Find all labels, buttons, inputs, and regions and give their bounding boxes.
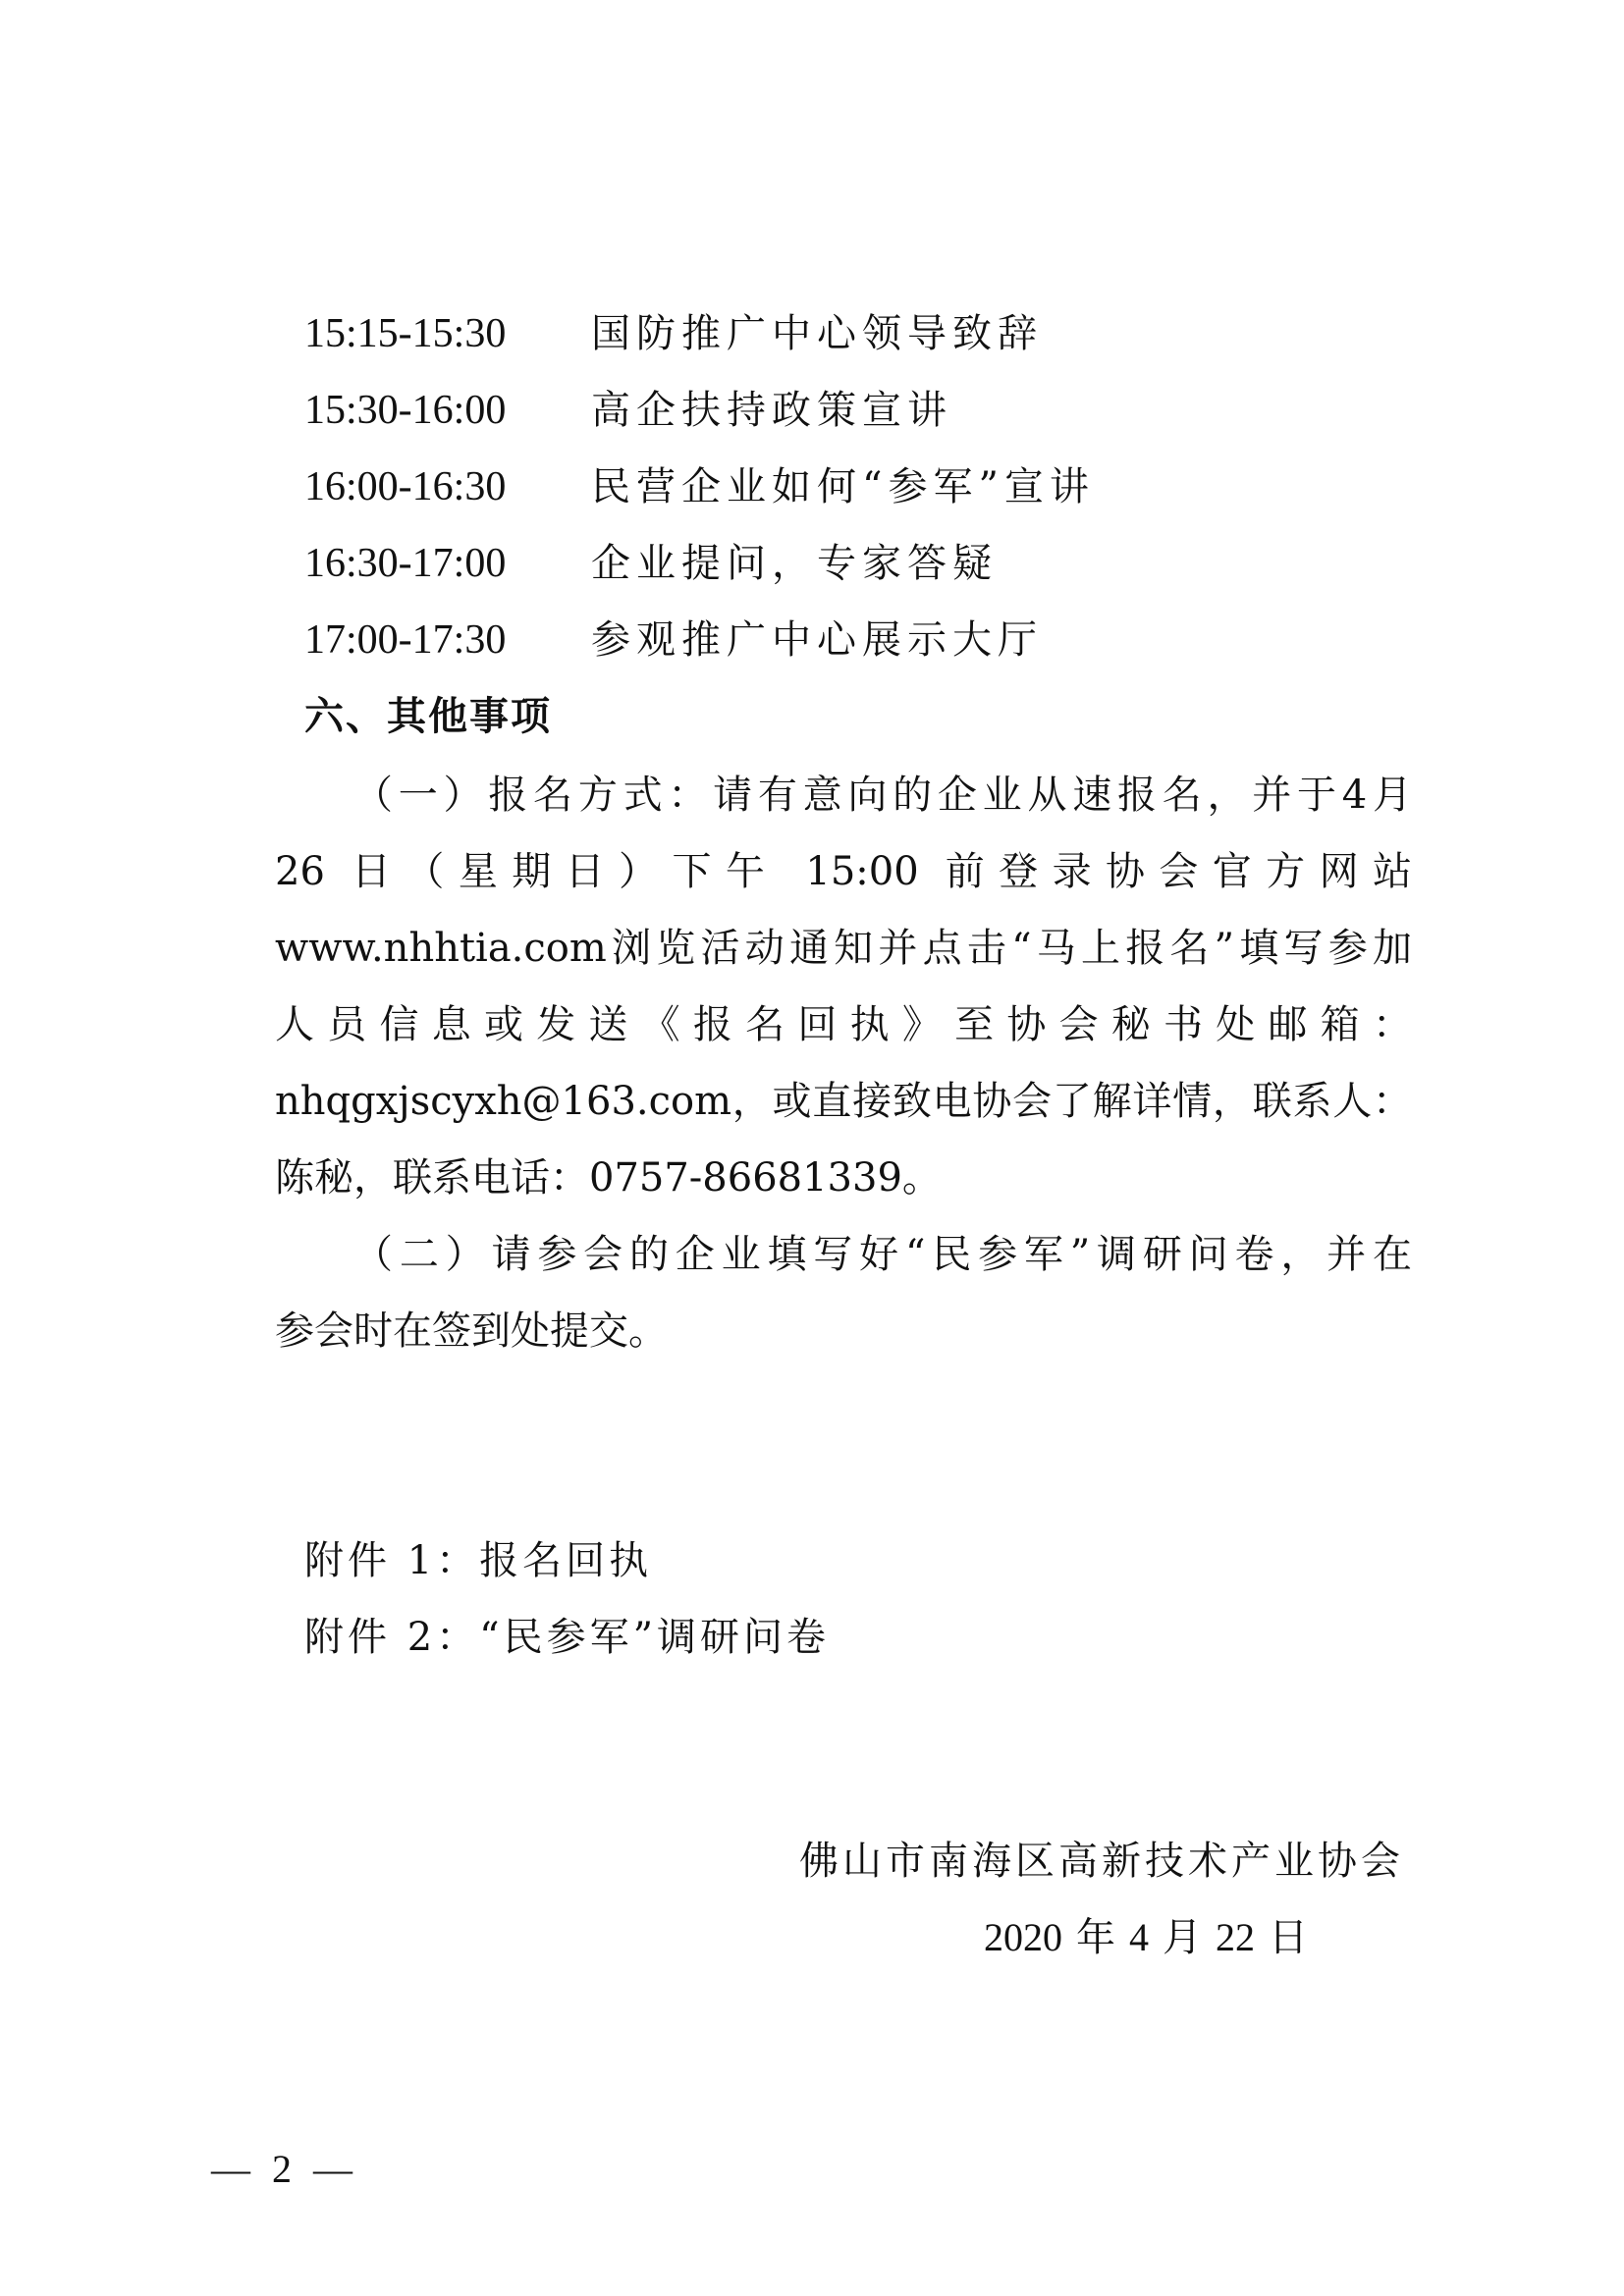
schedule-item: 参观推广中心展示大厅 bbox=[591, 616, 1043, 664]
schedule-row: 16:00-16:30民营企业如何“参军”宣讲 bbox=[304, 463, 1095, 510]
paragraph-line: （二）请参会的企业填写好“民参军”调研问卷，并在 bbox=[353, 1231, 1412, 1278]
schedule-item: 国防推广中心领导致辞 bbox=[591, 310, 1043, 357]
schedule-time: 16:30-17:00 bbox=[304, 540, 591, 587]
paragraph-line: 人员信息或发送《报名回执》至协会秘书处邮箱： bbox=[275, 1001, 1412, 1048]
paragraph-line: 26 日（星期日）下午 15:00 前登录协会官方网站 bbox=[275, 848, 1412, 895]
schedule-time: 16:00-16:30 bbox=[304, 463, 591, 510]
paragraph-line: （一）报名方式：请有意向的企业从速报名，并于4月 bbox=[353, 772, 1412, 819]
page-number: — 2 — bbox=[211, 2146, 358, 2193]
attachment-2: 附件 2：“民参军”调研问卷 bbox=[304, 1614, 830, 1661]
schedule-item: 企业提问，专家答疑 bbox=[591, 540, 998, 587]
schedule-row: 16:30-17:00企业提问，专家答疑 bbox=[304, 540, 998, 587]
signature-organization: 佛山市南海区高新技术产业协会 bbox=[799, 1838, 1404, 1885]
schedule-item: 民营企业如何“参军”宣讲 bbox=[591, 463, 1095, 510]
schedule-time: 17:00-17:30 bbox=[304, 616, 591, 664]
contact-phone-line: 陈秘，联系电话：0757-86681339。 bbox=[275, 1154, 1412, 1201]
signature-date: 2020 年 4 月 22 日 bbox=[984, 1914, 1308, 1961]
document-page: 15:15-15:30国防推广中心领导致辞 15:30-16:00高企扶持政策宣… bbox=[0, 0, 1624, 2296]
schedule-time: 15:15-15:30 bbox=[304, 310, 591, 357]
paragraph-line: 参会时在签到处提交。 bbox=[275, 1308, 1412, 1355]
schedule-row: 17:00-17:30参观推广中心展示大厅 bbox=[304, 616, 1043, 664]
schedule-item: 高企扶持政策宣讲 bbox=[591, 387, 952, 434]
schedule-time: 15:30-16:00 bbox=[304, 387, 591, 434]
section-heading: 六、其他事项 bbox=[304, 693, 552, 740]
attachment-1: 附件 1：报名回执 bbox=[304, 1537, 652, 1584]
schedule-row: 15:30-16:00高企扶持政策宣讲 bbox=[304, 387, 952, 434]
schedule-row: 15:15-15:30国防推广中心领导致辞 bbox=[304, 310, 1043, 357]
website-link-line: www.nhhtia.com浏览活动通知并点击“马上报名”填写参加 bbox=[275, 925, 1412, 972]
email-line: nhqgxjscyxh@163.com，或直接致电协会了解详情，联系人： bbox=[275, 1078, 1412, 1125]
